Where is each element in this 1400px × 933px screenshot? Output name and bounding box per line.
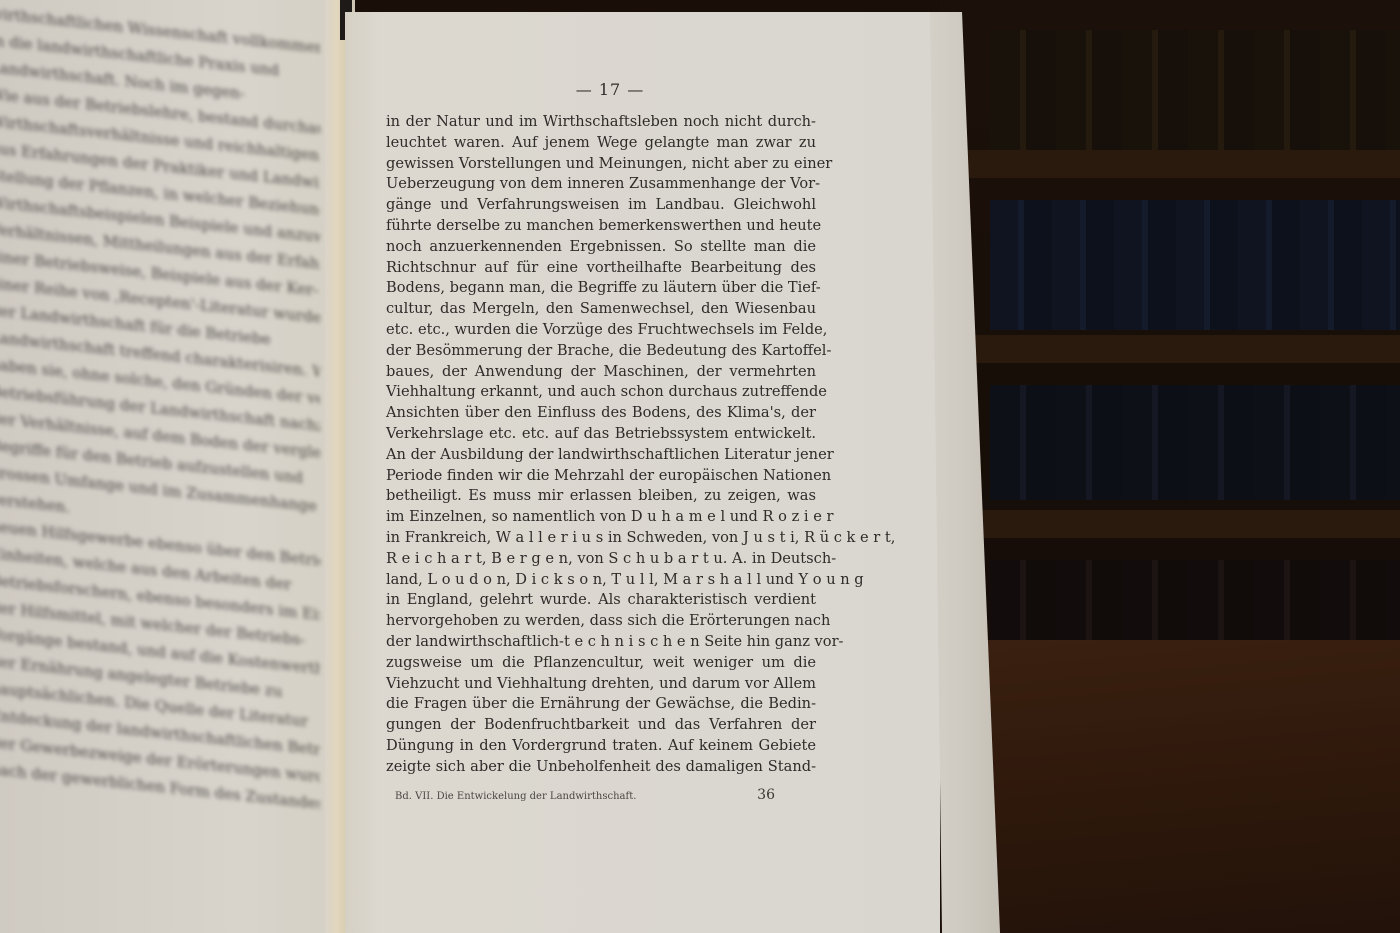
text-line: Viehzucht und Viehhaltung drehten, und d… <box>386 674 816 695</box>
text-line: in England, gelehrt wurde. Als charakter… <box>386 590 816 611</box>
text-line: Ueberzeugung von dem inneren Zusammenhan… <box>386 174 816 195</box>
left-page-text-blurred: wirthschaftlichen Wissenschaft vollkomme… <box>0 0 320 818</box>
text-line: R e i c h a r t, B e r g e n, von S c h … <box>386 549 816 570</box>
text-line: Periode finden wir die Mehrzahl der euro… <box>386 466 816 487</box>
text-line: hervorgehoben zu werden, dass sich die E… <box>386 611 816 632</box>
page-footer: Bd. VII. Die Entwickelung der Landwirths… <box>395 787 775 803</box>
text-line: leuchtet waren. Auf jenem Wege gelangte … <box>386 133 816 154</box>
shelf-board <box>960 150 1400 178</box>
text-line: An der Ausbildung der landwirthschaftlic… <box>386 445 816 466</box>
text-line: die Fragen über die Ernährung der Gewäch… <box>386 694 816 715</box>
text-line: der landwirthschaftlich-t e c h n i s c … <box>386 632 816 653</box>
signature-mark: 36 <box>757 787 775 803</box>
bookshelf-row <box>990 385 1400 500</box>
text-line: betheiligt. Es muss mir erlassen bleiben… <box>386 486 816 507</box>
text-line: in der Natur und im Wirthschaftsleben no… <box>386 112 816 133</box>
text-line: etc. etc., wurden die Vorzüge des Frucht… <box>386 320 816 341</box>
text-line: gänge und Verfahrungsweisen im Landbau. … <box>386 195 816 216</box>
left-page: wirthschaftlichen Wissenschaft vollkomme… <box>0 0 345 933</box>
text-line: cultur, das Mergeln, den Samenwechsel, d… <box>386 299 816 320</box>
shelf-board <box>960 335 1400 363</box>
text-line: noch anzuerkennenden Ergebnissen. So ste… <box>386 237 816 258</box>
text-line: Ansichten über den Einfluss des Bodens, … <box>386 403 816 424</box>
text-line: führte derselbe zu manchen bemerkenswert… <box>386 216 816 237</box>
text-line: in Frankreich, W a l l e r i u s in Schw… <box>386 528 816 549</box>
text-line: Verkehrslage etc. etc. auf das Betriebss… <box>386 424 816 445</box>
text-line: baues, der Anwendung der Maschinen, der … <box>386 362 816 383</box>
page-number-header: — 17 — <box>545 80 675 99</box>
text-line: gewissen Vorstellungen und Meinungen, ni… <box>386 154 816 175</box>
text-line: gungen der Bodenfruchtbarkeit und das Ve… <box>386 715 816 736</box>
text-line: zeigte sich aber die Unbeholfenheit des … <box>386 757 816 778</box>
bookshelf-row <box>990 200 1400 330</box>
text-line: Viehhaltung erkannt, und auch schon durc… <box>386 382 816 403</box>
wooden-table <box>960 640 1400 933</box>
footer-title: Bd. VII. Die Entwickelung der Landwirths… <box>395 791 636 802</box>
text-line: zugsweise um die Pflanzencultur, weit we… <box>386 653 816 674</box>
text-line: Richtschnur auf für eine vortheilhafte B… <box>386 258 816 279</box>
text-line: Düngung in den Vordergrund traten. Auf k… <box>386 736 816 757</box>
shelf-board <box>960 510 1400 538</box>
text-line: der Besömmerung der Brache, die Bedeutun… <box>386 341 816 362</box>
bookshelf-row <box>990 30 1400 150</box>
text-line: im Einzelnen, so namentlich von D u h a … <box>386 507 816 528</box>
photo-scene: wirthschaftlichen Wissenschaft vollkomme… <box>0 0 1400 933</box>
text-line: Bodens, begann man, die Begriffe zu läut… <box>386 278 816 299</box>
right-page-body-text: in der Natur und im Wirthschaftsleben no… <box>386 112 816 778</box>
text-line: land, L o u d o n, D i c k s o n, T u l … <box>386 570 816 591</box>
